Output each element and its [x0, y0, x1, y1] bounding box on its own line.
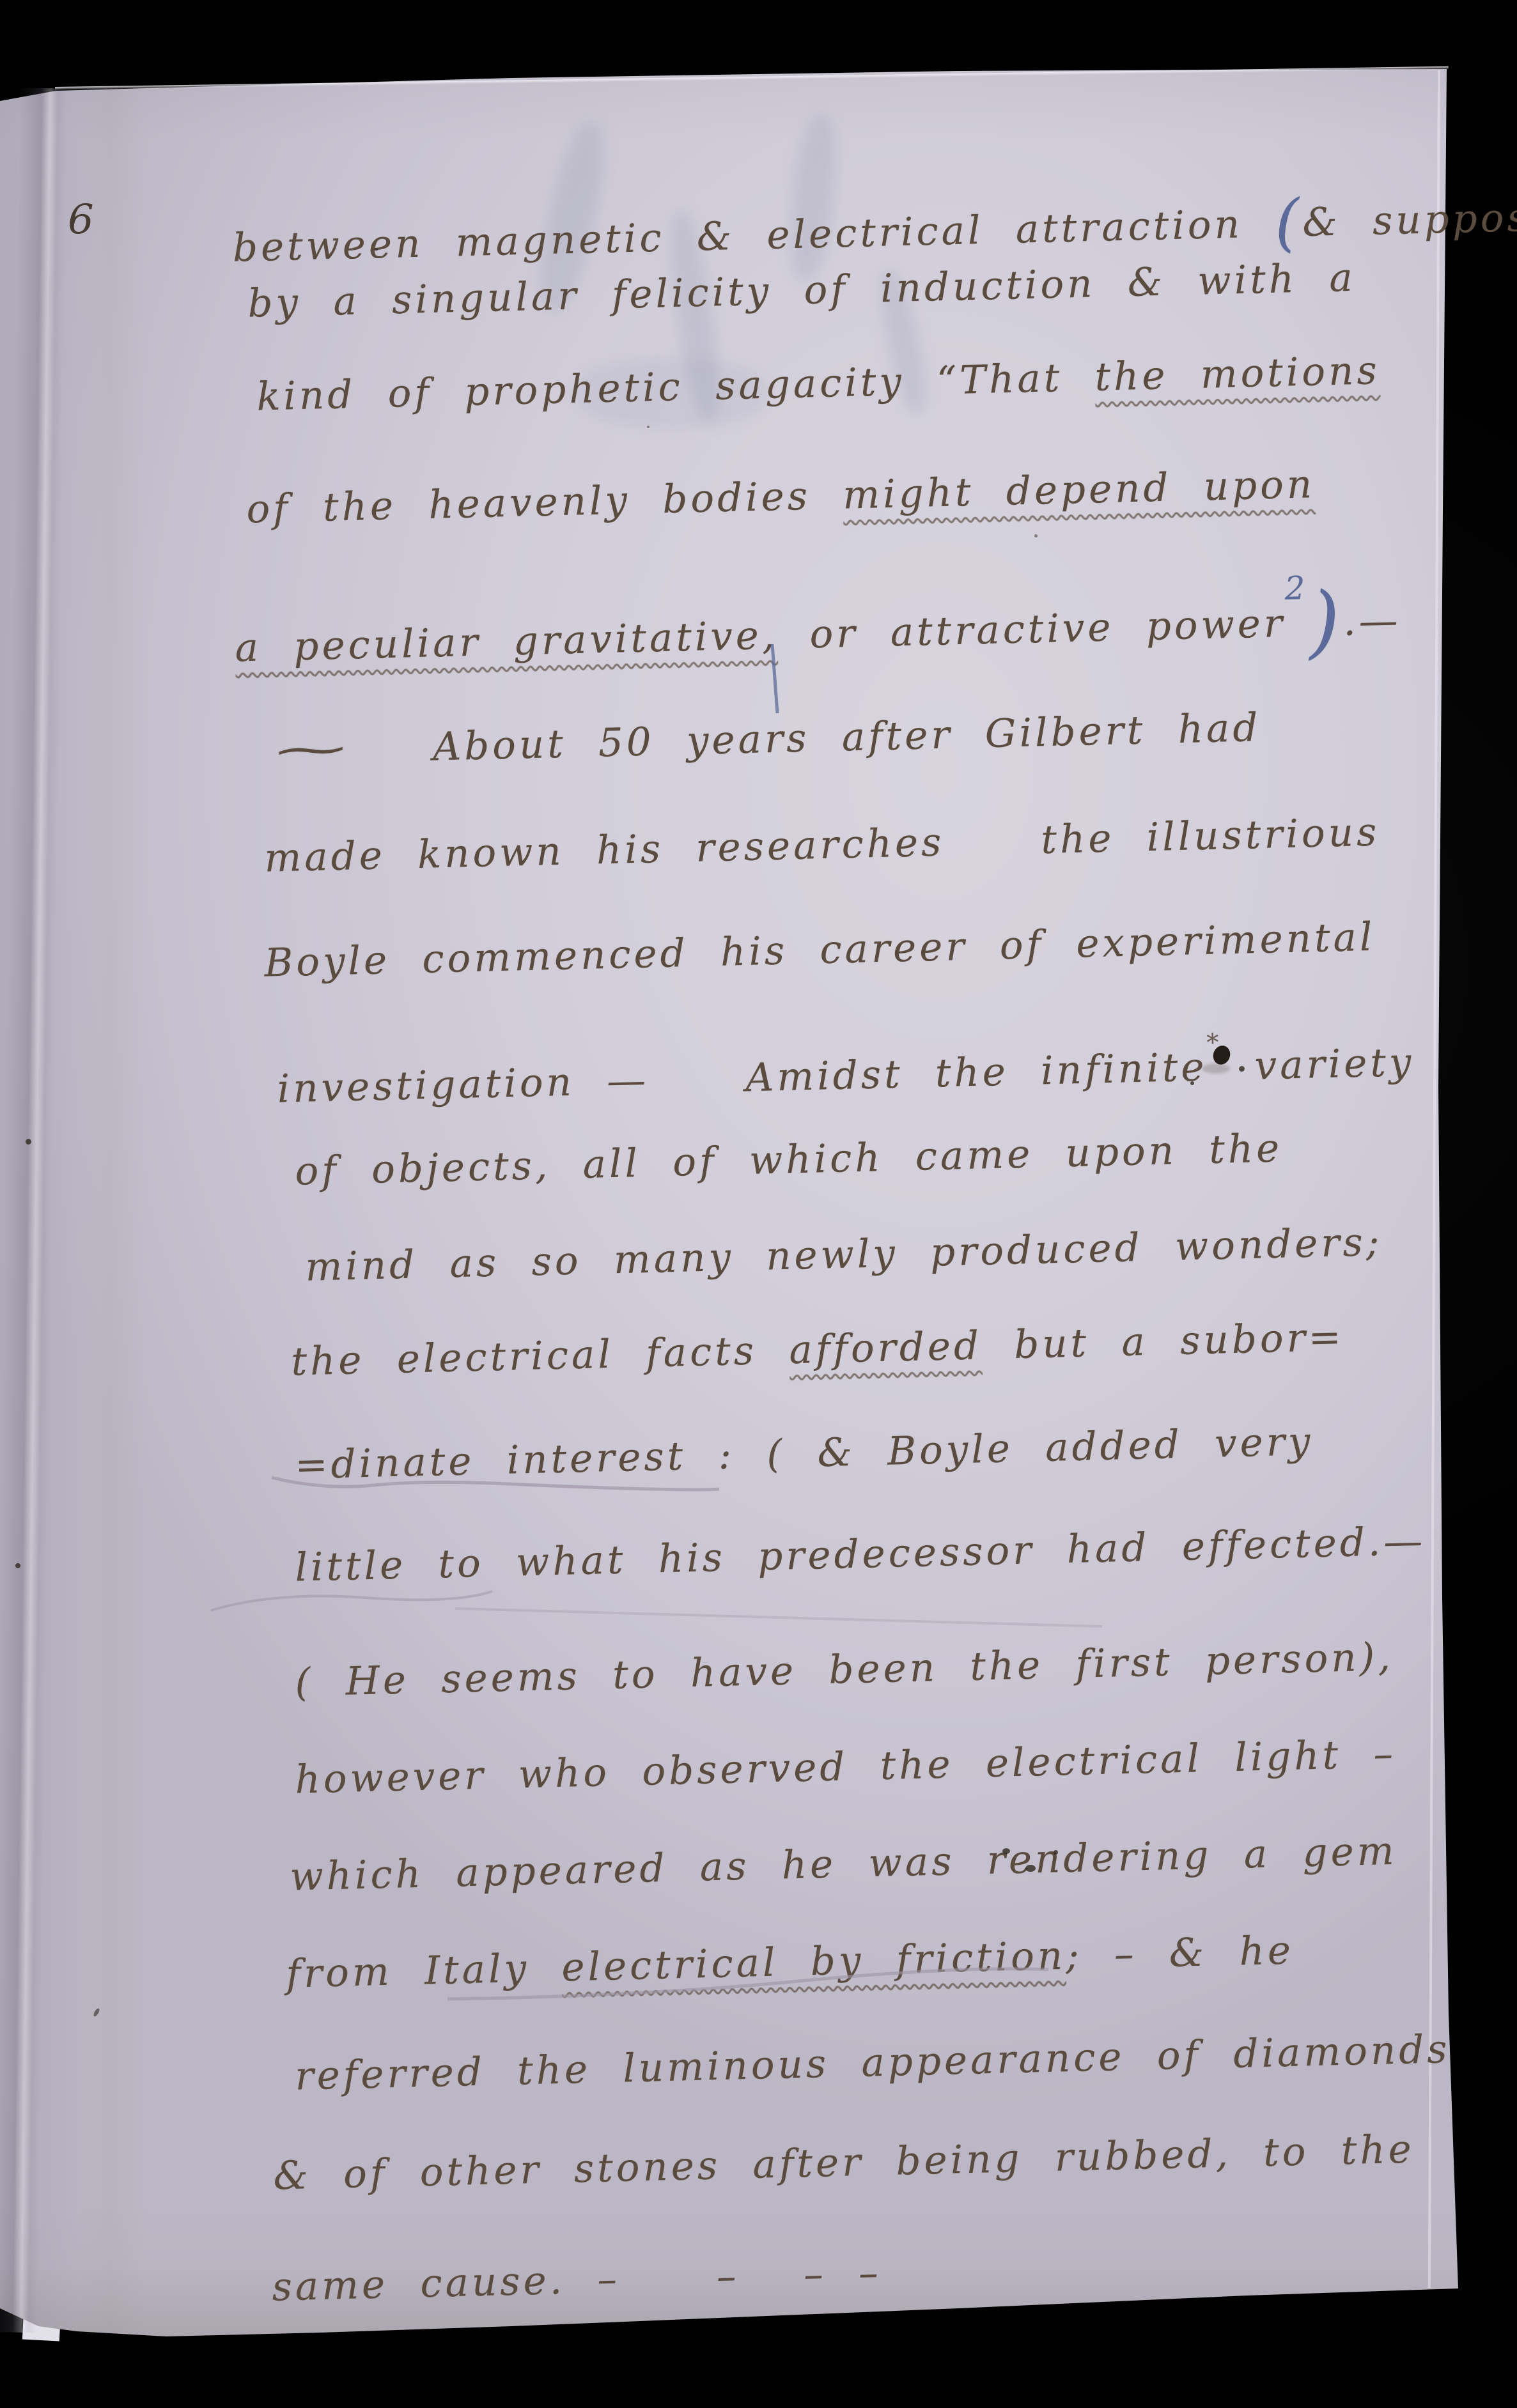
blue-annotation-number: 2: [1284, 569, 1309, 607]
ink-speck: [1002, 1848, 1010, 1854]
underlined-run: the motions: [1094, 348, 1381, 399]
text-run: .—: [1342, 598, 1401, 645]
paper-speck: [647, 426, 650, 428]
margin-speck: [26, 1139, 31, 1145]
margin-speck: [15, 1563, 20, 1568]
text-run: or attractive power: [777, 601, 1286, 658]
text-run: variety: [1222, 1040, 1415, 1090]
text-run: but a subor=: [981, 1315, 1345, 1368]
page-number: 6: [68, 199, 94, 240]
ink-speck: [1239, 1066, 1245, 1072]
ink-speck: [1190, 1081, 1194, 1085]
paper-speck: [1034, 534, 1038, 537]
text-run: ; – & he: [1065, 1927, 1294, 1978]
text-run: from Italy: [286, 1945, 563, 1996]
blue-annotation-paren-close: ): [1308, 575, 1344, 668]
manuscript-line-21: same cause. – – – –: [206, 2214, 882, 2308]
ink-speck: [1054, 1850, 1058, 1855]
underlined-run: afforded: [789, 1323, 983, 1373]
ink-speck: [1025, 1865, 1036, 1872]
underlined-run: a peculiar gravitative,: [235, 613, 778, 671]
swash-dash: ~: [268, 729, 362, 770]
paper-speck: [375, 248, 378, 251]
